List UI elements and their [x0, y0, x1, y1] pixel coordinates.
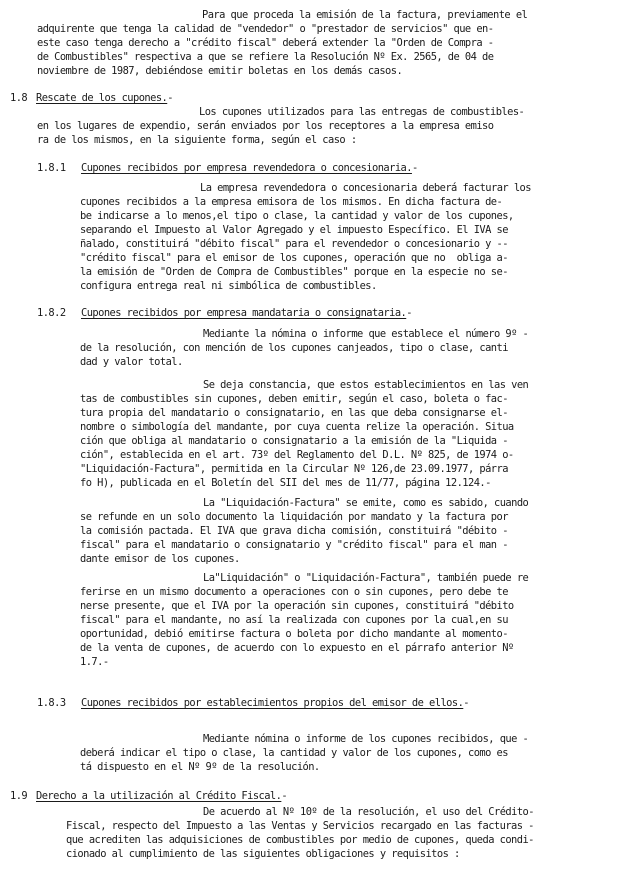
paragraph-line: ferirse en un mismo documento a operacio… [80, 586, 508, 599]
paragraph-line: La "Liquidación-Factura" se emite, como … [203, 497, 528, 510]
paragraph-line: fo H), publicada en el Boletín del SII d… [80, 477, 491, 490]
section-title: Cupones recibidos por establecimientos p… [81, 697, 463, 709]
title-suffix: - [406, 307, 412, 319]
paragraph-line: "crédito fiscal" para el emisor de los c… [80, 252, 508, 265]
section-title: Rescate de los cupones. [36, 92, 167, 104]
paragraph-line: la comisión pactada. El IVA que grava di… [80, 525, 508, 538]
section-title: Cupones recibidos por empresa revendedor… [81, 162, 412, 174]
paragraph-line: cupones recibidos a la empresa emisora d… [80, 196, 502, 209]
paragraph-line: Fiscal, respecto del Impuesto a las Vent… [66, 820, 534, 833]
paragraph-line: separando el Impuesto al Valor Agregado … [80, 224, 508, 237]
intro-line: este caso tenga derecho a "crédito fisca… [37, 37, 493, 50]
title-suffix: - [167, 92, 173, 104]
paragraph-line: Se deja constancia, que estos establecim… [203, 379, 528, 392]
paragraph-line: en los lugares de expendio, serán enviad… [37, 120, 493, 133]
document-page: Para que proceda la emisión de la factur… [0, 0, 630, 885]
section-title: Cupones recibidos por empresa mandataria… [81, 307, 406, 319]
paragraph-line: La empresa revendedora o concesionaria d… [200, 182, 531, 195]
paragraph-line: La"Liquidación" o "Liquidación-Factura",… [203, 572, 528, 585]
paragraph-line: tá dispuesto en el Nº 9º de la resolució… [80, 761, 320, 774]
paragraph-line: tas de combustibles sin cupones, deben e… [80, 393, 508, 406]
section-heading: Cupones recibidos por empresa mandataria… [81, 307, 412, 320]
paragraph-line: 1.7.- [80, 656, 109, 669]
section-heading: Cupones recibidos por establecimientos p… [81, 697, 469, 710]
title-suffix: - [463, 697, 469, 709]
paragraph-line: fiscal" para el mandante, no así la real… [80, 614, 508, 627]
paragraph-line: de la resolución, con mención de los cup… [80, 342, 508, 355]
paragraph-line: Mediante nómina o informe de los cupones… [203, 733, 528, 746]
paragraph-line: se refunde en un solo documento la liqui… [80, 511, 508, 524]
intro-line: noviembre de 1987, debiéndose emitir bol… [37, 65, 402, 78]
title-suffix: - [281, 790, 287, 802]
paragraph-line: Mediante la nómina o informe que estable… [203, 328, 528, 341]
paragraph-line: ra de los mismos, en la siguiente forma,… [37, 134, 357, 147]
intro-line: Para que proceda la emisión de la factur… [202, 9, 527, 22]
section-number: 1.8 [10, 92, 27, 105]
paragraph-line: dante emisor de los cupones. [80, 553, 240, 566]
paragraph-line: De acuerdo al Nº 10º de la resolución, e… [203, 806, 534, 819]
paragraph-line: dad y valor total. [80, 356, 183, 369]
paragraph-line: nerse presente, que el IVA por la operac… [80, 600, 514, 613]
paragraph-line: ción que obliga al mandatario o consigna… [80, 435, 508, 448]
paragraph-line: cionado al cumplimiento de las siguiente… [66, 848, 460, 861]
paragraph-line: que acrediten las adquisiciones de combu… [66, 834, 534, 847]
section-heading: Rescate de los cupones.- [36, 92, 173, 105]
intro-line: de Combustibles" respectiva a que se ref… [37, 51, 493, 64]
title-suffix: - [412, 162, 418, 174]
paragraph-line: "Liquidación-Factura", permitida en la C… [80, 463, 508, 476]
section-number: 1.8.2 [37, 307, 66, 320]
section-number: 1.8.3 [37, 697, 66, 710]
paragraph-line: be indicarse a lo menos,el tipo o clase,… [80, 210, 514, 223]
paragraph-line: tura propia del mandatario o consignatar… [80, 407, 508, 420]
paragraph-line: ñalado, constituirá "débito fiscal" para… [80, 238, 508, 251]
paragraph-line: nombre o simbología del mandante, por cu… [80, 421, 514, 434]
paragraph-line: configura entrega real ni simbólica de c… [80, 280, 377, 293]
paragraph-line: de la venta de cupones, de acuerdo con l… [80, 642, 514, 655]
section-heading: Derecho a la utilización al Crédito Fisc… [36, 790, 287, 803]
section-title: Derecho a la utilización al Crédito Fisc… [36, 790, 281, 802]
section-number: 1.8.1 [37, 162, 66, 175]
paragraph-line: fiscal" para el mandatario o consignatar… [80, 539, 508, 552]
section-number: 1.9 [10, 790, 27, 803]
intro-line: adquirente que tenga la calidad de "vend… [37, 23, 493, 36]
paragraph-line: Los cupones utilizados para las entregas… [199, 106, 524, 119]
paragraph-line: la emisión de "Orden de Compra de Combus… [80, 266, 508, 279]
paragraph-line: deberá indicar el tipo o clase, la canti… [80, 747, 508, 760]
paragraph-line: oportunidad, debió emitirse factura o bo… [80, 628, 508, 641]
section-heading: Cupones recibidos por empresa revendedor… [81, 162, 418, 175]
paragraph-line: ción", establecida en el art. 73º del Re… [80, 449, 514, 462]
